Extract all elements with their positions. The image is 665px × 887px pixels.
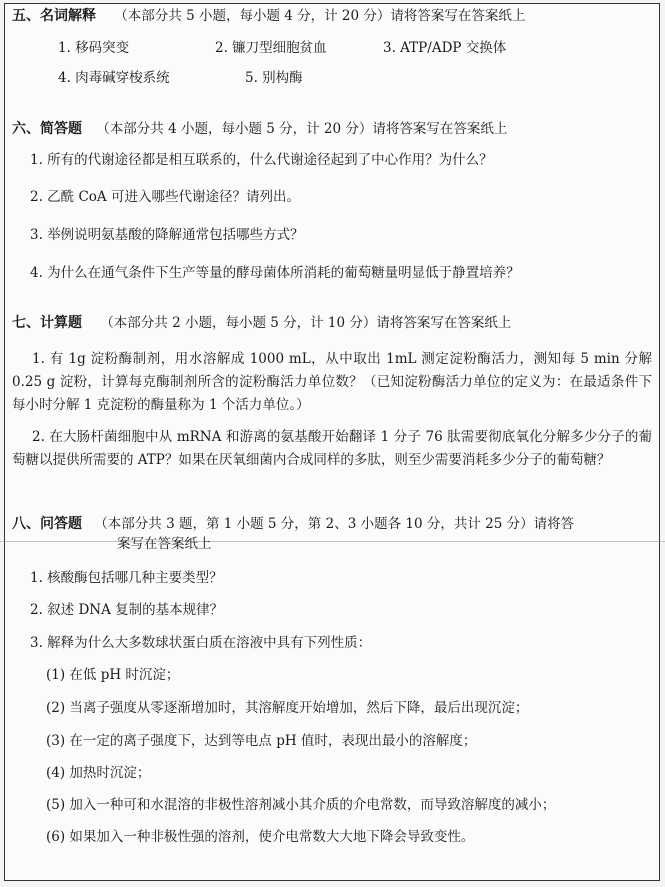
- section-5-note: （本部分共 5 小题，每小题 4 分，计 20 分）请将答案写在答案纸上: [114, 8, 525, 24]
- s7-item-2: 2. 在大肠杆菌细胞中从 mRNA 和游离的氨基酸开始翻译 1 分子 76 肽需…: [12, 426, 652, 472]
- s6-item-4: 4. 为什么在通气条件下生产等量的酵母菌体所消耗的葡萄糖量明显低于静置培养？: [30, 265, 520, 281]
- section-6-note: （本部分共 4 小题，每小题 5 分，计 20 分）请将答案写在答案纸上: [96, 121, 507, 137]
- section-8-title: 八、问答题: [12, 516, 82, 532]
- section-8-header: 八、问答题 （本部分共 3 题，第 1 小题 5 分，第 2、3 小题各 10 …: [12, 516, 574, 532]
- s8-sub-2: (2) 当离子强度从零逐渐增加时，其溶解度开始增加，然后下降，最后出现沉淀；: [46, 700, 528, 716]
- s8-item-1: 1. 核酸酶包括哪几种主要类型？: [30, 570, 223, 586]
- s6-item-1: 1. 所有的代谢途径都是相互联系的，什么代谢途径起到了中心作用？为什么？: [30, 152, 493, 168]
- s8-sub-6: (6) 如果加入一种非极性强的溶剂，使介电常数大大地下降会导致变性。: [46, 829, 474, 845]
- s6-item-3: 3. 举例说明氨基酸的降解通常包括哪些方式？: [30, 227, 304, 243]
- s5-item-4: 4. 肉毒碱穿梭系统: [58, 70, 170, 86]
- section-5-header: 五、名词解释 （本部分共 5 小题，每小题 4 分，计 20 分）请将答案写在答…: [12, 8, 525, 24]
- s5-item-3: 3. ATP/ADP 交换体: [383, 40, 506, 56]
- s6-item-2: 2. 乙酰 CoA 可进入哪些代谢途径？请列出。: [30, 189, 300, 205]
- section-7-note: （本部分共 2 小题，每小题 5 分，计 10 分）请将答案写在答案纸上: [100, 315, 511, 331]
- s5-item-2: 2. 镰刀型细胞贫血: [215, 40, 327, 56]
- page-fold-line: [0, 541, 665, 542]
- section-7-header: 七、计算题 （本部分共 2 小题，每小题 5 分，计 10 分）请将答案写在答案…: [12, 315, 511, 331]
- section-7-title: 七、计算题: [12, 315, 82, 331]
- s8-sub-5: (5) 加入一种可和水混溶的非极性溶剂减小其介质的介电常数，而导致溶解度的减小；: [46, 797, 555, 813]
- s8-sub-1: (1) 在低 pH 时沉淀；: [46, 667, 179, 683]
- section-8-note-cont: 案写在答案纸上: [117, 536, 212, 552]
- s8-sub-3: (3) 在一定的离子强度下，达到等电点 pH 值时，表现出最小的溶解度；: [46, 733, 476, 749]
- section-8-note: （本部分共 3 题，第 1 小题 5 分，第 2、3 小题各 10 分，共计 2…: [94, 516, 574, 532]
- section-6-header: 六、简答题 （本部分共 4 小题，每小题 5 分，计 20 分）请将答案写在答案…: [12, 121, 507, 137]
- s7-item-1: 1. 有 1g 淀粉酶制剂，用水溶解成 1000 mL，从中取出 1mL 测定淀…: [12, 348, 652, 417]
- section-5-title: 五、名词解释: [12, 8, 96, 24]
- s8-item-2: 2. 叙述 DNA 复制的基本规律？: [30, 602, 223, 618]
- s5-item-5: 5. 别构酶: [245, 70, 303, 86]
- s8-sub-4: (4) 加热时沉淀；: [46, 765, 150, 781]
- s8-item-3: 3. 解释为什么大多数球状蛋白质在溶液中具有下列性质：: [30, 635, 371, 651]
- section-6-title: 六、简答题: [12, 121, 82, 137]
- s5-item-1: 1. 移码突变: [58, 40, 129, 56]
